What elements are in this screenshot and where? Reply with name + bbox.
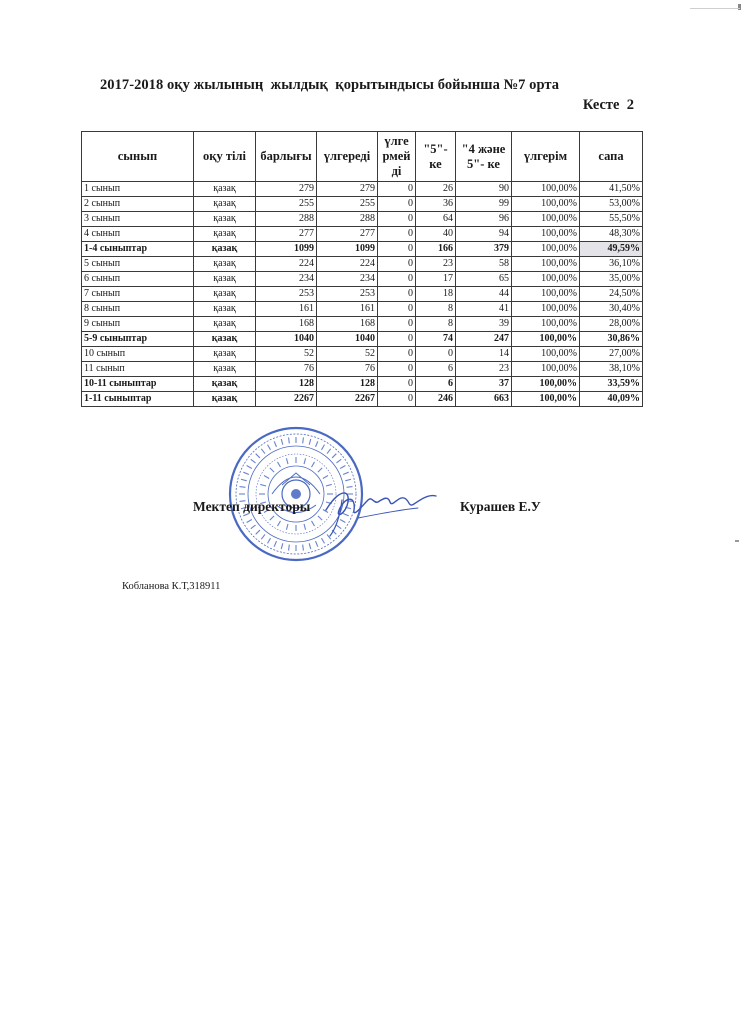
table-row: 7 сыныпқазақ25325301844100,00%24,50% <box>82 287 643 302</box>
row-fives-cell: 74 <box>416 332 456 347</box>
row-passed-cell: 52 <box>317 347 378 362</box>
row-passed-cell: 128 <box>317 377 378 392</box>
row-passed-cell: 168 <box>317 317 378 332</box>
row-total-cell: 2267 <box>256 392 317 407</box>
executor-note: Кобланова К.Т,318911 <box>122 581 220 592</box>
row-class-cell: 11 сынып <box>82 362 194 377</box>
director-name: Курашев Е.У <box>460 499 541 515</box>
row-language-cell: қазақ <box>194 257 256 272</box>
row-language-cell: қазақ <box>194 347 256 362</box>
row-passed-cell: 255 <box>317 197 378 212</box>
row-total-cell: 52 <box>256 347 317 362</box>
table-row: 9 сыныпқазақ1681680839100,00%28,00% <box>82 317 643 332</box>
row-fours-fives-cell: 39 <box>456 317 512 332</box>
header-class: сынып <box>82 132 194 182</box>
row-passed-cell: 224 <box>317 257 378 272</box>
row-class-cell: 1-4 сыныптар <box>82 242 194 257</box>
header-progress: үлгерім <box>512 132 580 182</box>
table-body: 1 сыныпқазақ27927902690100,00%41,50%2 сы… <box>82 182 643 407</box>
row-failed-cell: 0 <box>378 212 416 227</box>
header-passed: үлгереді <box>317 132 378 182</box>
header-fives: "5"- ке <box>416 132 456 182</box>
row-failed-cell: 0 <box>378 317 416 332</box>
row-language-cell: қазақ <box>194 242 256 257</box>
row-failed-cell: 0 <box>378 362 416 377</box>
row-passed-cell: 1040 <box>317 332 378 347</box>
row-language-cell: қазақ <box>194 332 256 347</box>
row-fours-fives-cell: 37 <box>456 377 512 392</box>
row-total-cell: 234 <box>256 272 317 287</box>
table-row: 1 сыныпқазақ27927902690100,00%41,50% <box>82 182 643 197</box>
row-total-cell: 1099 <box>256 242 317 257</box>
table-row: 2 сыныпқазақ25525503699100,00%53,00% <box>82 197 643 212</box>
row-class-cell: 5 сынып <box>82 257 194 272</box>
row-passed-cell: 277 <box>317 227 378 242</box>
row-progress-cell: 100,00% <box>512 242 580 257</box>
header-fours-fives: "4 және 5"- ке <box>456 132 512 182</box>
row-progress-cell: 100,00% <box>512 287 580 302</box>
row-quality-cell: 49,59% <box>580 242 643 257</box>
row-progress-cell: 100,00% <box>512 182 580 197</box>
row-fours-fives-cell: 99 <box>456 197 512 212</box>
row-fives-cell: 166 <box>416 242 456 257</box>
row-quality-cell: 55,50% <box>580 212 643 227</box>
table-subtotal-row: 1-11 сыныптарқазақ226722670246663100,00%… <box>82 392 643 407</box>
table-row: 8 сыныпқазақ1611610841100,00%30,40% <box>82 302 643 317</box>
row-quality-cell: 40,09% <box>580 392 643 407</box>
row-language-cell: қазақ <box>194 272 256 287</box>
row-fives-cell: 6 <box>416 362 456 377</box>
row-total-cell: 1040 <box>256 332 317 347</box>
table-header-row: сынып оқу тілі барлығы үлгереді үлге рме… <box>82 132 643 182</box>
row-fours-fives-cell: 94 <box>456 227 512 242</box>
row-language-cell: қазақ <box>194 197 256 212</box>
row-quality-cell: 53,00% <box>580 197 643 212</box>
table-subtotal-row: 5-9 сыныптарқазақ10401040074247100,00%30… <box>82 332 643 347</box>
row-passed-cell: 288 <box>317 212 378 227</box>
row-progress-cell: 100,00% <box>512 332 580 347</box>
row-language-cell: қазақ <box>194 212 256 227</box>
signature-icon <box>318 470 448 540</box>
row-class-cell: 1 сынып <box>82 182 194 197</box>
row-class-cell: 4 сынып <box>82 227 194 242</box>
row-passed-cell: 279 <box>317 182 378 197</box>
row-progress-cell: 100,00% <box>512 227 580 242</box>
header-total: барлығы <box>256 132 317 182</box>
row-passed-cell: 1099 <box>317 242 378 257</box>
row-fours-fives-cell: 65 <box>456 272 512 287</box>
row-fives-cell: 6 <box>416 377 456 392</box>
row-passed-cell: 253 <box>317 287 378 302</box>
row-class-cell: 2 сынып <box>82 197 194 212</box>
row-fours-fives-cell: 663 <box>456 392 512 407</box>
row-progress-cell: 100,00% <box>512 392 580 407</box>
row-language-cell: қазақ <box>194 377 256 392</box>
table-subtotal-row: 10-11 сыныптарқазақ1281280637100,00%33,5… <box>82 377 643 392</box>
row-fives-cell: 40 <box>416 227 456 242</box>
row-progress-cell: 100,00% <box>512 257 580 272</box>
row-class-cell: 1-11 сыныптар <box>82 392 194 407</box>
scan-artifact <box>690 8 740 9</box>
row-failed-cell: 0 <box>378 242 416 257</box>
row-quality-cell: 24,50% <box>580 287 643 302</box>
row-language-cell: қазақ <box>194 287 256 302</box>
row-quality-cell: 38,10% <box>580 362 643 377</box>
row-fives-cell: 18 <box>416 287 456 302</box>
row-failed-cell: 0 <box>378 257 416 272</box>
table-row: 4 сыныпқазақ27727704094100,00%48,30% <box>82 227 643 242</box>
table-row: 5 сыныпқазақ22422402358100,00%36,10% <box>82 257 643 272</box>
row-quality-cell: 27,00% <box>580 347 643 362</box>
header-failed: үлге рмей ді <box>378 132 416 182</box>
table-label: Кесте 2 <box>583 97 634 114</box>
row-failed-cell: 0 <box>378 227 416 242</box>
row-total-cell: 161 <box>256 302 317 317</box>
row-failed-cell: 0 <box>378 197 416 212</box>
row-fives-cell: 0 <box>416 347 456 362</box>
row-fives-cell: 246 <box>416 392 456 407</box>
row-progress-cell: 100,00% <box>512 347 580 362</box>
row-failed-cell: 0 <box>378 332 416 347</box>
scan-artifact <box>735 540 739 542</box>
row-fours-fives-cell: 379 <box>456 242 512 257</box>
row-failed-cell: 0 <box>378 182 416 197</box>
row-class-cell: 6 сынып <box>82 272 194 287</box>
row-class-cell: 8 сынып <box>82 302 194 317</box>
table-row: 6 сыныпқазақ23423401765100,00%35,00% <box>82 272 643 287</box>
row-language-cell: қазақ <box>194 302 256 317</box>
row-fives-cell: 36 <box>416 197 456 212</box>
row-class-cell: 10-11 сыныптар <box>82 377 194 392</box>
row-total-cell: 224 <box>256 257 317 272</box>
row-language-cell: қазақ <box>194 317 256 332</box>
row-failed-cell: 0 <box>378 272 416 287</box>
row-total-cell: 76 <box>256 362 317 377</box>
row-fives-cell: 64 <box>416 212 456 227</box>
row-fours-fives-cell: 44 <box>456 287 512 302</box>
row-fives-cell: 23 <box>416 257 456 272</box>
row-class-cell: 5-9 сыныптар <box>82 332 194 347</box>
row-failed-cell: 0 <box>378 347 416 362</box>
row-fours-fives-cell: 14 <box>456 347 512 362</box>
row-quality-cell: 30,40% <box>580 302 643 317</box>
row-language-cell: қазақ <box>194 227 256 242</box>
row-quality-cell: 30,86% <box>580 332 643 347</box>
director-position-label: Мектеп директоры <box>193 499 310 515</box>
results-table: сынып оқу тілі барлығы үлгереді үлге рме… <box>81 131 643 407</box>
row-class-cell: 7 сынып <box>82 287 194 302</box>
row-fives-cell: 17 <box>416 272 456 287</box>
row-fours-fives-cell: 90 <box>456 182 512 197</box>
row-quality-cell: 35,00% <box>580 272 643 287</box>
document-title: 2017-2018 оқу жылының жылдық қорытындысы… <box>100 77 559 94</box>
row-total-cell: 277 <box>256 227 317 242</box>
row-progress-cell: 100,00% <box>512 302 580 317</box>
row-quality-cell: 36,10% <box>580 257 643 272</box>
row-fours-fives-cell: 41 <box>456 302 512 317</box>
row-quality-cell: 48,30% <box>580 227 643 242</box>
row-language-cell: қазақ <box>194 392 256 407</box>
row-language-cell: қазақ <box>194 182 256 197</box>
header-language: оқу тілі <box>194 132 256 182</box>
row-quality-cell: 28,00% <box>580 317 643 332</box>
scan-artifact <box>738 4 741 10</box>
row-progress-cell: 100,00% <box>512 272 580 287</box>
row-progress-cell: 100,00% <box>512 362 580 377</box>
row-fours-fives-cell: 96 <box>456 212 512 227</box>
row-total-cell: 255 <box>256 197 317 212</box>
official-seal-icon <box>227 425 365 563</box>
row-class-cell: 10 сынып <box>82 347 194 362</box>
table-row: 3 сыныпқазақ28828806496100,00%55,50% <box>82 212 643 227</box>
row-total-cell: 279 <box>256 182 317 197</box>
row-failed-cell: 0 <box>378 302 416 317</box>
table-row: 10 сыныпқазақ52520014100,00%27,00% <box>82 347 643 362</box>
row-progress-cell: 100,00% <box>512 377 580 392</box>
row-total-cell: 128 <box>256 377 317 392</box>
row-total-cell: 288 <box>256 212 317 227</box>
row-failed-cell: 0 <box>378 377 416 392</box>
row-fives-cell: 8 <box>416 302 456 317</box>
row-fours-fives-cell: 58 <box>456 257 512 272</box>
row-failed-cell: 0 <box>378 392 416 407</box>
header-quality: сапа <box>580 132 643 182</box>
row-language-cell: қазақ <box>194 362 256 377</box>
row-passed-cell: 2267 <box>317 392 378 407</box>
row-total-cell: 168 <box>256 317 317 332</box>
row-class-cell: 9 сынып <box>82 317 194 332</box>
row-fives-cell: 8 <box>416 317 456 332</box>
row-progress-cell: 100,00% <box>512 212 580 227</box>
row-quality-cell: 41,50% <box>580 182 643 197</box>
row-fours-fives-cell: 247 <box>456 332 512 347</box>
table-subtotal-row: 1-4 сыныптарқазақ109910990166379100,00%4… <box>82 242 643 257</box>
row-class-cell: 3 сынып <box>82 212 194 227</box>
row-progress-cell: 100,00% <box>512 197 580 212</box>
row-failed-cell: 0 <box>378 287 416 302</box>
row-fives-cell: 26 <box>416 182 456 197</box>
row-total-cell: 253 <box>256 287 317 302</box>
row-passed-cell: 76 <box>317 362 378 377</box>
table-row: 11 сыныпқазақ76760623100,00%38,10% <box>82 362 643 377</box>
row-fours-fives-cell: 23 <box>456 362 512 377</box>
row-passed-cell: 161 <box>317 302 378 317</box>
row-progress-cell: 100,00% <box>512 317 580 332</box>
row-passed-cell: 234 <box>317 272 378 287</box>
row-quality-cell: 33,59% <box>580 377 643 392</box>
